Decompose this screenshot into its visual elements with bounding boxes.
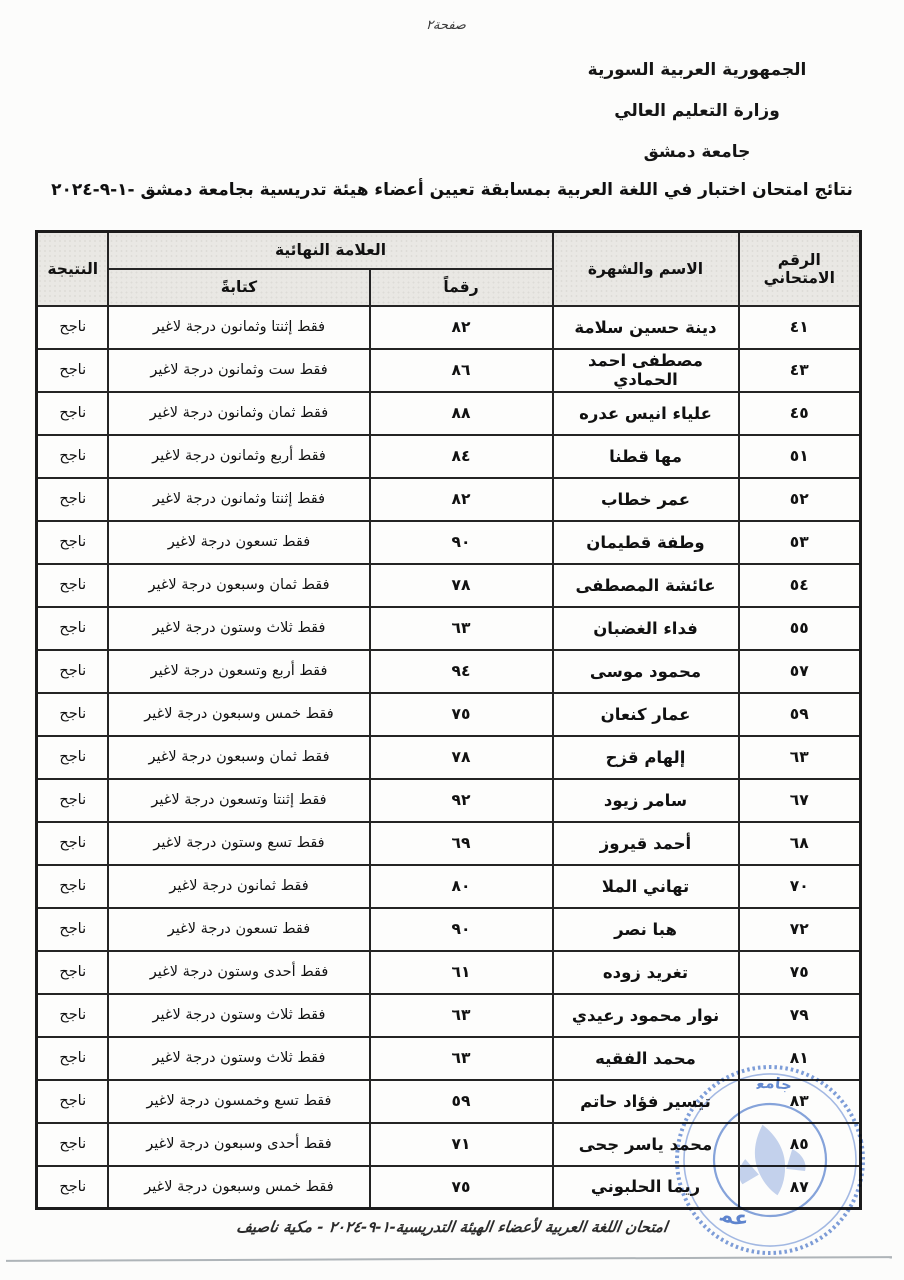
candidate-name-cell: سامر زيود [553,779,739,822]
written-grade-cell: فقط تسع وخمسون درجة لاغير [108,1080,369,1123]
result-cell: ناجح [36,478,108,521]
header-row-1: الرقم الامتحاني الاسم والشهرة العلامة ال… [36,232,860,269]
candidate-name-cell: عائشة المصطفى [553,564,739,607]
result-row: ٤٣ مصطفى احمد الحمادي ٨٦ فقط ست وثمانون … [36,349,860,392]
numeric-grade-cell: ٥٩ [370,1080,553,1123]
result-cell: ناجح [36,908,108,951]
candidate-name-cell: عمر خطاب [553,478,739,521]
result-row: ٨٥ محمد ياسر جحى ٧١ فقط أحدى وسبعون درجة… [36,1123,860,1166]
result-cell: ناجح [36,435,108,478]
written-grade-cell: فقط إثنتا وثمانون درجة لاغير [108,478,369,521]
exam-number-cell: ٤٥ [739,392,861,435]
numeric-grade-cell: ٧٨ [370,736,553,779]
written-grade-cell: فقط تسع وستون درجة لاغير [108,822,369,865]
candidate-name-cell: هبا نصر [553,908,739,951]
result-row: ٨٧ ريما الحلبوني ٧٥ فقط خمس وسبعون درجة … [36,1166,860,1209]
result-cell: ناجح [36,693,108,736]
candidate-name-cell: وطفة قطيمان [553,521,739,564]
result-row: ٤٥ علياء انيس عدره ٨٨ فقط ثمان وثمانون د… [36,392,860,435]
candidate-name-cell: نوار محمود رعيدي [553,994,739,1037]
result-cell: ناجح [36,865,108,908]
exam-number-cell: ٥٤ [739,564,861,607]
letterhead: الجمهورية العربية السورية وزارة التعليم … [582,50,812,173]
result-row: ٧٠ تهاني الملا ٨٠ فقط ثمانون درجة لاغير … [36,865,860,908]
candidate-name-cell: تيسير فؤاد حاتم [553,1080,739,1123]
result-cell: ناجح [36,994,108,1037]
page-number-note: صفحة٢ [425,18,467,33]
exam-number-cell: ٥٩ [739,693,861,736]
numeric-grade-cell: ٧٨ [370,564,553,607]
numeric-grade-cell: ٩٠ [370,521,553,564]
exam-number-cell: ٥٧ [739,650,861,693]
result-cell: ناجح [36,1080,108,1123]
results-table: الرقم الامتحاني الاسم والشهرة العلامة ال… [35,230,862,1210]
numeric-grade-cell: ٧١ [370,1123,553,1166]
result-cell: ناجح [36,306,108,349]
scanned-document-page: صفحة٢ الجمهورية العربية السورية وزارة ال… [0,0,904,1280]
candidate-name-cell: علياء انيس عدره [553,392,739,435]
result-row: ٥٤ عائشة المصطفى ٧٨ فقط ثمان وسبعون درجة… [36,564,860,607]
result-cell: ناجح [36,650,108,693]
result-cell: ناجح [36,822,108,865]
exam-number-cell: ٦٧ [739,779,861,822]
result-cell: ناجح [36,521,108,564]
result-row: ٥٥ فداء الغضبان ٦٣ فقط ثلاث وستون درجة ل… [36,607,860,650]
numeric-grade-cell: ٦٣ [370,1037,553,1080]
result-row: ٥٧ محمود موسى ٩٤ فقط أربع وتسعون درجة لا… [36,650,860,693]
exam-number-cell: ٨٣ [739,1080,861,1123]
result-row: ٦٨ أحمد قيروز ٦٩ فقط تسع وستون درجة لاغي… [36,822,860,865]
exam-number-cell: ٥١ [739,435,861,478]
numeric-grade-cell: ٨٤ [370,435,553,478]
letterhead-country: الجمهورية العربية السورية [582,50,812,91]
candidate-name-cell: محمد الفقيه [553,1037,739,1080]
written-grade-cell: فقط ثمان وثمانون درجة لاغير [108,392,369,435]
result-row: ٥٢ عمر خطاب ٨٢ فقط إثنتا وثمانون درجة لا… [36,478,860,521]
candidate-name-cell: إلهام قزح [553,736,739,779]
exam-number-cell: ٤٣ [739,349,861,392]
candidate-name-cell: تهاني الملا [553,865,739,908]
exam-number-cell: ٧٥ [739,951,861,994]
result-cell: ناجح [36,951,108,994]
written-grade-cell: فقط ست وثمانون درجة لاغير [108,349,369,392]
written-grade-cell: فقط ثلاث وستون درجة لاغير [108,994,369,1037]
result-row: ٧٢ هبا نصر ٩٠ فقط تسعون درجة لاغير ناجح [36,908,860,951]
result-row: ٧٩ نوار محمود رعيدي ٦٣ فقط ثلاث وستون در… [36,994,860,1037]
exam-number-cell: ٥٢ [739,478,861,521]
document-footer: امتحان اللغة العربية لأعضاء الهيئة التدر… [0,1218,904,1236]
result-row: ٨٣ تيسير فؤاد حاتم ٥٩ فقط تسع وخمسون درج… [36,1080,860,1123]
result-cell: ناجح [36,736,108,779]
numeric-grade-cell: ٩٢ [370,779,553,822]
written-grade-cell: فقط ثمان وسبعون درجة لاغير [108,564,369,607]
col-header-name: الاسم والشهرة [553,232,739,306]
exam-number-cell: ٥٥ [739,607,861,650]
letterhead-university: جامعة دمشق [582,132,812,173]
written-grade-cell: فقط أربع وثمانون درجة لاغير [108,435,369,478]
exam-number-cell: ٧٢ [739,908,861,951]
candidate-name-cell: تغريد زوده [553,951,739,994]
col-header-written-grade: كتابةً [108,269,369,306]
written-grade-cell: فقط خمس وسبعون درجة لاغير [108,1166,369,1209]
col-header-exam-number: الرقم الامتحاني [739,232,861,306]
numeric-grade-cell: ٧٥ [370,693,553,736]
numeric-grade-cell: ٦٩ [370,822,553,865]
candidate-name-cell: فداء الغضبان [553,607,739,650]
written-grade-cell: فقط تسعون درجة لاغير [108,908,369,951]
result-row: ٦٣ إلهام قزح ٧٨ فقط ثمان وسبعون درجة لاغ… [36,736,860,779]
result-row: ٧٥ تغريد زوده ٦١ فقط أحدى وستون درجة لاغ… [36,951,860,994]
col-header-numeric-grade: رقماً [370,269,553,306]
scan-artifact-line [6,1256,892,1262]
exam-number-cell: ٧٠ [739,865,861,908]
written-grade-cell: فقط أربع وتسعون درجة لاغير [108,650,369,693]
written-grade-cell: فقط أحدى وستون درجة لاغير [108,951,369,994]
numeric-grade-cell: ٨٠ [370,865,553,908]
exam-number-cell: ٦٨ [739,822,861,865]
exam-number-cell: ٥٣ [739,521,861,564]
numeric-grade-cell: ٩٤ [370,650,553,693]
result-cell: ناجح [36,1166,108,1209]
result-row: ٥٩ عمار كنعان ٧٥ فقط خمس وسبعون درجة لاغ… [36,693,860,736]
result-row: ٤١ دينة حسين سلامة ٨٢ فقط إثنتا وثمانون … [36,306,860,349]
written-grade-cell: فقط ثلاث وستون درجة لاغير [108,607,369,650]
result-row: ٥١ مها قطنا ٨٤ فقط أربع وثمانون درجة لاغ… [36,435,860,478]
written-grade-cell: فقط إثنتا وثمانون درجة لاغير [108,306,369,349]
numeric-grade-cell: ٨٦ [370,349,553,392]
candidate-name-cell: عمار كنعان [553,693,739,736]
exam-number-cell: ٤١ [739,306,861,349]
document-title: نتائج امتحان اختبار في اللغة العربية بمس… [0,180,904,200]
numeric-grade-cell: ٦١ [370,951,553,994]
numeric-grade-cell: ٨٢ [370,306,553,349]
candidate-name-cell: محمد ياسر جحى [553,1123,739,1166]
exam-number-cell: ٦٣ [739,736,861,779]
col-header-result: النتيجة [36,232,108,306]
numeric-grade-cell: ٨٢ [370,478,553,521]
written-grade-cell: فقط إثنتا وتسعون درجة لاغير [108,779,369,822]
result-row: ٥٣ وطفة قطيمان ٩٠ فقط تسعون درجة لاغير ن… [36,521,860,564]
result-cell: ناجح [36,349,108,392]
result-cell: ناجح [36,392,108,435]
result-cell: ناجح [36,1037,108,1080]
written-grade-cell: فقط ثلاث وستون درجة لاغير [108,1037,369,1080]
candidate-name-cell: محمود موسى [553,650,739,693]
candidate-name-cell: مصطفى احمد الحمادي [553,349,739,392]
result-cell: ناجح [36,779,108,822]
candidate-name-cell: أحمد قيروز [553,822,739,865]
numeric-grade-cell: ٨٨ [370,392,553,435]
written-grade-cell: فقط تسعون درجة لاغير [108,521,369,564]
exam-number-cell: ٨١ [739,1037,861,1080]
numeric-grade-cell: ٦٣ [370,607,553,650]
numeric-grade-cell: ٧٥ [370,1166,553,1209]
result-cell: ناجح [36,607,108,650]
written-grade-cell: فقط ثمانون درجة لاغير [108,865,369,908]
candidate-name-cell: مها قطنا [553,435,739,478]
result-cell: ناجح [36,564,108,607]
written-grade-cell: فقط خمس وسبعون درجة لاغير [108,693,369,736]
candidate-name-cell: دينة حسين سلامة [553,306,739,349]
written-grade-cell: فقط ثمان وسبعون درجة لاغير [108,736,369,779]
written-grade-cell: فقط أحدى وسبعون درجة لاغير [108,1123,369,1166]
result-row: ٨١ محمد الفقيه ٦٣ فقط ثلاث وستون درجة لا… [36,1037,860,1080]
numeric-grade-cell: ٩٠ [370,908,553,951]
result-row: ٦٧ سامر زيود ٩٢ فقط إثنتا وتسعون درجة لا… [36,779,860,822]
numeric-grade-cell: ٦٣ [370,994,553,1037]
col-header-final-grade: العلامة النهائية [108,232,552,269]
exam-number-cell: ٨٧ [739,1166,861,1209]
candidate-name-cell: ريما الحلبوني [553,1166,739,1209]
exam-number-cell: ٨٥ [739,1123,861,1166]
exam-number-cell: ٧٩ [739,994,861,1037]
result-cell: ناجح [36,1123,108,1166]
letterhead-ministry: وزارة التعليم العالي [582,91,812,132]
